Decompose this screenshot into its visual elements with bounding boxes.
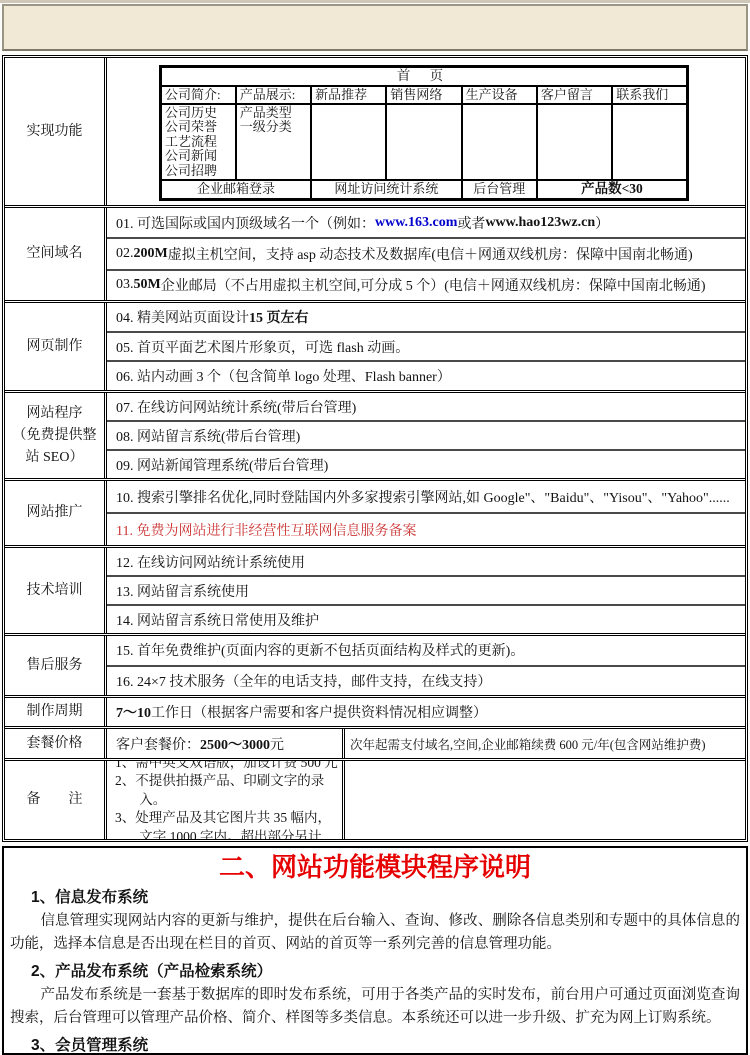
feature-item: 08. 网站留言系统(带后台管理) xyxy=(107,420,745,449)
feature-item: 01. 可选国际或国内顶级域名一个（例如：www.163.com 或者 www.… xyxy=(107,208,745,237)
text-segment: 50M xyxy=(134,277,161,293)
feature-item: 07. 在线访问网站统计系统(带后台管理) xyxy=(107,393,745,420)
features-table: 实现功能首 页公司简介:产品展示:新品推荐销售网络生产设备客户留言联系我们公司历… xyxy=(2,55,748,842)
row-label-website-promotion: 网站推广 xyxy=(5,481,107,545)
module-heading: 3、会员管理系统 xyxy=(31,1036,746,1055)
row-content-after-sales: 15. 首年免费维护(页面内容的更新不包括页面结构及样式的更新)。16. 24×… xyxy=(107,636,745,695)
section-domain-space: 空间域名01. 可选国际或国内顶级域名一个（例如：www.163.com 或者 … xyxy=(5,208,745,303)
section-website-programs: 网站程序 （免费提供整 站 SEO）07. 在线访问网站统计系统(带后台管理)0… xyxy=(5,393,745,481)
feature-item: 04. 精美网站页面设计 15 页左右 xyxy=(107,303,745,331)
feature-item: 05. 首页平面艺术图片形象页，可选 flash 动画。 xyxy=(107,331,745,361)
module-description-box: 二、网站功能模块程序说明 1、信息发布系统信息管理实现网站内容的更新与维护，提供… xyxy=(2,846,748,1055)
row-label-package-price: 套餐价格 xyxy=(5,729,107,758)
text-segment: 08. 网站留言系统(带后台管理) xyxy=(116,426,300,446)
text-segment: 10. 搜索引擎排名优化,同时登陆国内外多家搜索引擎网站,如 Google"、"… xyxy=(116,487,730,507)
feature-item: 06. 站内动画 3 个（包含简单 logo 处理、Flash banner） xyxy=(107,360,745,390)
text-segment: 09. 网站新闻管理系统(带后台管理) xyxy=(116,455,328,475)
feature-item: 10. 搜索引擎排名优化,同时登陆国内外多家搜索引擎网站,如 Google"、"… xyxy=(107,481,745,512)
page-title: 二、网站功能模块程序说明 xyxy=(4,852,746,882)
text-segment: 13. 网站留言系统使用 xyxy=(116,581,249,601)
sitemap-home-cell: 首 页 xyxy=(161,67,688,86)
sitemap-footer-cell[interactable]: 后台管理 xyxy=(462,180,537,199)
feature-item: 03. 50M 企业邮局（不占用虚拟主机空间,可分成 5 个）(电信＋网通双线机… xyxy=(107,269,745,300)
row-content-technical-training: 12. 在线访问网站统计系统使用13. 网站留言系统使用14. 网站留言系统日常… xyxy=(107,548,745,633)
sitemap-column-item[interactable]: 公司新闻 xyxy=(165,149,232,163)
text-segment: 15. 首年免费维护(页面内容的更新不包括页面结构及样式的更新)。 xyxy=(116,640,524,660)
module-blocks: 1、信息发布系统信息管理实现网站内容的更新与维护，提供在后台输入、查询、修改、删… xyxy=(4,888,746,1055)
text-segment: 07. 在线访问网站统计系统(带后台管理) xyxy=(116,397,356,417)
section-remarks: 备 注1、需中英文双语版，加设计费 500 元2、不提供拍摄产品、印刷文字的录入… xyxy=(5,761,745,839)
sitemap-column-item[interactable]: 工艺流程 xyxy=(165,135,232,149)
text-segment: 15 页左右 xyxy=(249,307,309,327)
feature-item: 12. 在线访问网站统计系统使用 xyxy=(107,548,745,575)
section-functions: 实现功能首 页公司简介:产品展示:新品推荐销售网络生产设备客户留言联系我们公司历… xyxy=(5,58,745,208)
url-link[interactable]: www.163.com xyxy=(375,215,457,231)
section-website-promotion: 网站推广10. 搜索引擎排名优化,同时登陆国内外多家搜索引擎网站,如 Googl… xyxy=(5,481,745,548)
sitemap-nav-cell[interactable]: 生产设备 xyxy=(462,86,537,104)
text-segment: 工作日（根据客户需要和客户提供资料情况相应调整） xyxy=(151,702,487,722)
sitemap-footer-cell[interactable]: 网址访问统计系统 xyxy=(311,180,462,199)
remark-line: 2、不提供拍摄产品、印刷文字的录入。 xyxy=(115,772,340,809)
remarks-list: 1、需中英文双语版，加设计费 500 元2、不提供拍摄产品、印刷文字的录入。3、… xyxy=(107,761,342,839)
sitemap-nav-cell[interactable]: 联系我们 xyxy=(612,86,687,104)
sitemap-col-company-intro: 公司历史公司荣誉工艺流程公司新闻公司招聘 xyxy=(161,104,236,181)
sitemap-table: 首 页公司简介:产品展示:新品推荐销售网络生产设备客户留言联系我们公司历史公司荣… xyxy=(159,65,689,201)
sitemap-nav-cell[interactable]: 产品展示: xyxy=(236,86,311,104)
row-content-website-promotion: 10. 搜索引擎排名优化,同时登陆国内外多家搜索引擎网站,如 Google"、"… xyxy=(107,481,745,545)
text-segment: 虚拟主机空间，支持 asp 动态技术及数据库(电信＋网通双线机房：保障中国南北畅… xyxy=(168,244,693,264)
row-label-website-programs: 网站程序 （免费提供整 站 SEO） xyxy=(5,393,107,478)
text-segment: 06. 站内动画 3 个（包含简单 logo 处理、Flash banner） xyxy=(116,366,451,386)
text-segment: 04. 精美网站页面设计 xyxy=(116,307,249,327)
row-label-after-sales: 售后服务 xyxy=(5,636,107,695)
row-label-domain-space: 空间域名 xyxy=(5,208,107,300)
row-content-remarks: 1、需中英文双语版，加设计费 500 元2、不提供拍摄产品、印刷文字的录入。3、… xyxy=(107,761,745,839)
section-production-cycle: 制作周期7～10 工作日（根据客户需要和客户提供资料情况相应调整） xyxy=(5,698,745,729)
text-segment: 企业邮局（不占用虚拟主机空间,可分成 5 个）(电信＋网通双线机房：保障中国南北… xyxy=(161,275,706,295)
text-segment: 14. 网站留言系统日常使用及维护 xyxy=(116,610,319,630)
section-technical-training: 技术培训12. 在线访问网站统计系统使用13. 网站留言系统使用14. 网站留言… xyxy=(5,548,745,636)
sitemap-empty-cell xyxy=(612,104,687,181)
row-label-technical-training: 技术培训 xyxy=(5,548,107,633)
text-segment: 2500～3000 xyxy=(200,734,270,754)
price-cell-left: 客户套餐价：2500～3000 元 xyxy=(107,729,342,758)
feature-item: 13. 网站留言系统使用 xyxy=(107,575,745,604)
sitemap-column-item[interactable]: 一级分类 xyxy=(240,120,307,134)
text-segment: 03. xyxy=(116,277,134,293)
top-banner xyxy=(2,4,748,51)
row-content-functions: 首 页公司简介:产品展示:新品推荐销售网络生产设备客户留言联系我们公司历史公司荣… xyxy=(107,58,745,205)
module-heading: 2、产品发布系统（产品检索系统） xyxy=(31,962,746,982)
text-segment: 05. 首页平面艺术图片形象页，可选 flash 动画。 xyxy=(116,337,409,357)
text-segment: 7～10 xyxy=(116,702,151,722)
text-segment: 16. 24×7 技术服务（全年的电话支持，邮件支持，在线支持） xyxy=(116,671,491,691)
sitemap-footer-cell[interactable]: 企业邮箱登录 xyxy=(161,180,312,199)
section-webpage-production: 网页制作04. 精美网站页面设计 15 页左右05. 首页平面艺术图片形象页，可… xyxy=(5,303,745,393)
sitemap-empty-cell xyxy=(311,104,386,181)
row-content-production-cycle: 7～10 工作日（根据客户需要和客户提供资料情况相应调整） xyxy=(107,698,745,726)
text-segment: 客户套餐价： xyxy=(116,734,200,754)
sitemap-nav-cell[interactable]: 新品推荐 xyxy=(311,86,386,104)
feature-item: 7～10 工作日（根据客户需要和客户提供资料情况相应调整） xyxy=(107,698,745,726)
text-segment: 11. 免费为网站进行非经营性互联网信息服务备案 xyxy=(116,520,416,540)
row-label-remarks: 备 注 xyxy=(5,761,107,839)
text-segment: ） xyxy=(595,213,609,233)
sitemap-column-item[interactable]: 公司招聘 xyxy=(165,164,232,178)
text-segment: 或者 xyxy=(457,213,485,233)
text-segment: 12. 在线访问网站统计系统使用 xyxy=(116,552,305,572)
sitemap-nav-cell[interactable]: 客户留言 xyxy=(537,86,612,104)
text-segment: 02. xyxy=(116,246,134,262)
remarks-cell-right xyxy=(342,761,745,839)
row-content-package-price: 客户套餐价：2500～3000 元次年起需支付域名,空间,企业邮箱续费 600 … xyxy=(107,729,745,758)
row-label-functions: 实现功能 xyxy=(5,58,107,205)
sitemap-empty-cell xyxy=(462,104,537,181)
row-label-production-cycle: 制作周期 xyxy=(5,698,107,726)
sitemap-column-item[interactable]: 产品类型 xyxy=(240,106,307,120)
feature-item: 02. 200M 虚拟主机空间，支持 asp 动态技术及数据库(电信＋网通双线机… xyxy=(107,237,745,268)
feature-item: 15. 首年免费维护(页面内容的更新不包括页面结构及样式的更新)。 xyxy=(107,636,745,665)
row-content-domain-space: 01. 可选国际或国内顶级域名一个（例如：www.163.com 或者 www.… xyxy=(107,208,745,300)
sitemap-empty-cell xyxy=(386,104,461,181)
module-paragraph: 产品发布系统是一套基于数据库的即时发布系统，可用于各类产品的实时发布，前台用户可… xyxy=(10,984,740,1030)
module-heading: 1、信息发布系统 xyxy=(31,888,746,908)
row-content-webpage-production: 04. 精美网站页面设计 15 页左右05. 首页平面艺术图片形象页，可选 fl… xyxy=(107,303,745,390)
sitemap-nav-cell[interactable]: 公司简介: xyxy=(161,86,236,104)
feature-item: 09. 网站新闻管理系统(带后台管理) xyxy=(107,449,745,478)
text-segment: 01. 可选国际或国内顶级域名一个（例如： xyxy=(116,213,375,233)
price-cell-right: 次年起需支付域名,空间,企业邮箱续费 600 元/年(包含网站维护费) xyxy=(342,729,745,758)
feature-item: 16. 24×7 技术服务（全年的电话支持，邮件支持，在线支持） xyxy=(107,665,745,696)
text-segment: 次年起需支付域名,空间,企业邮箱续费 600 元/年(包含网站维护费) xyxy=(350,735,706,753)
sitemap-empty-cell xyxy=(537,104,612,181)
remark-line: 1、需中英文双语版，加设计费 500 元 xyxy=(115,761,338,772)
module-paragraph: 信息管理实现网站内容的更新与维护，提供在后台输入、查询、修改、删除各信息类别和专… xyxy=(10,910,740,956)
text-segment: www.hao123wz.cn xyxy=(485,215,595,231)
section-after-sales: 售后服务15. 首年免费维护(页面内容的更新不包括页面结构及样式的更新)。16.… xyxy=(5,636,745,698)
section-package-price: 套餐价格客户套餐价：2500～3000 元次年起需支付域名,空间,企业邮箱续费 … xyxy=(5,729,745,761)
feature-item: 14. 网站留言系统日常使用及维护 xyxy=(107,604,745,633)
row-label-webpage-production: 网页制作 xyxy=(5,303,107,390)
sitemap-column-item[interactable]: 公司历史 xyxy=(165,106,232,120)
sitemap-nav-cell[interactable]: 销售网络 xyxy=(386,86,461,104)
sitemap-column-item[interactable]: 公司荣誉 xyxy=(165,120,232,134)
sitemap-col-products: 产品类型一级分类 xyxy=(236,104,311,181)
sitemap-footer-cell[interactable]: 产品数<30 xyxy=(537,180,688,199)
text-segment: 200M xyxy=(134,246,168,262)
remark-line: 3、处理产品及其它图片共 35 幅内，文字 1000 字内。超出部分另计 xyxy=(115,809,340,839)
row-content-website-programs: 07. 在线访问网站统计系统(带后台管理)08. 网站留言系统(带后台管理)09… xyxy=(107,393,745,478)
text-segment: 元 xyxy=(270,734,284,754)
feature-item: 11. 免费为网站进行非经营性互联网信息服务备案 xyxy=(107,512,745,545)
